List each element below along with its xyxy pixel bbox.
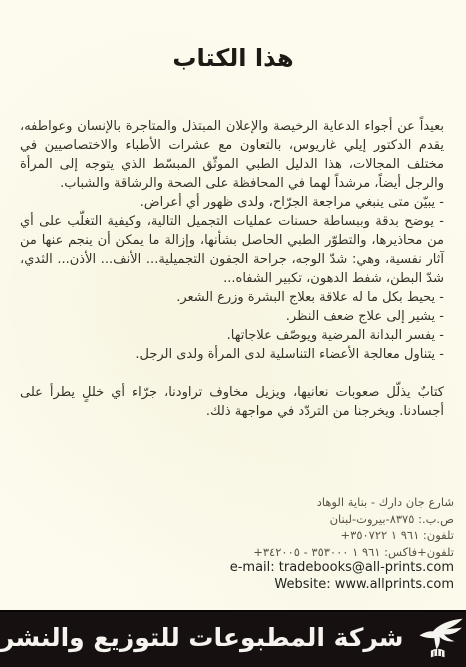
- book-description: بعيداً عن أجواء الدعاية الرخيصة والإعلان…: [20, 117, 444, 421]
- description-bullet: - يحيط بكل ما له علاقة بعلاج البشرة وزرع…: [20, 288, 444, 307]
- description-closing: كتابٌ يذلّل صعوبات نعانيها، ويزيل مخاوف …: [20, 383, 444, 421]
- website-line: Website: www.allprints.com: [230, 577, 454, 594]
- description-intro: بعيداً عن أجواء الدعاية الرخيصة والإعلان…: [20, 117, 444, 193]
- phone-fax-label: تلفون+فاكس:: [384, 545, 454, 559]
- publisher-banner: شركة المطبوعات للتوزيع والنشر: [0, 610, 466, 667]
- description-bullet: - يبيّن متى ينبغي مراجعة الجرّاح، ولدى ظ…: [20, 193, 444, 212]
- description-bullet: - يتناول معالجة الأعضاء التناسلية لدى ال…: [20, 345, 444, 364]
- email-line: e-mail: tradebooks@all-prints.com: [230, 560, 454, 577]
- description-bullet: - يفسر البدانة المرضية ويوصّف علاجاتها.: [20, 326, 444, 345]
- description-bullet: - يوضح بدقة وببساطة حسنات عمليات التجميل…: [20, 212, 444, 288]
- phone-fax-number: +٩٦١ ١ ٣٥٣٠٠٠ - ٣٤٢٠٠٥: [253, 545, 380, 559]
- publisher-contact-block: شارع جان دارك - بناية الوهاد ص.ب.: ٨٣٧٥-…: [230, 494, 454, 593]
- address-line-1: شارع جان دارك - بناية الوهاد: [230, 494, 454, 511]
- phone-label: تلفون:: [423, 528, 454, 542]
- address-line-2: ص.ب.: ٨٣٧٥-بيروت-لبنان: [230, 511, 454, 528]
- phone-number: +٩٦١ ١ ٣٥٠٧٢٢: [341, 528, 420, 542]
- phone-fax-line: تلفون+فاكس: +٩٦١ ١ ٣٥٣٠٠٠ - ٣٤٢٠٠٥: [230, 544, 454, 561]
- description-bullet: - يشير إلى علاج ضعف النظر.: [20, 307, 444, 326]
- publisher-name: شركة المطبوعات للتوزيع والنشر: [0, 623, 404, 656]
- description-bullet-list: - يبيّن متى ينبغي مراجعة الجرّاح، ولدى ظ…: [20, 193, 444, 364]
- phone-line: تلفون: +٩٦١ ١ ٣٥٠٧٢٢: [230, 527, 454, 544]
- eagle-book-logo-icon: [418, 616, 466, 664]
- book-back-cover: هذا الكتاب بعيداً عن أجواء الدعاية الرخي…: [0, 0, 466, 667]
- page-title: هذا الكتاب: [0, 44, 466, 72]
